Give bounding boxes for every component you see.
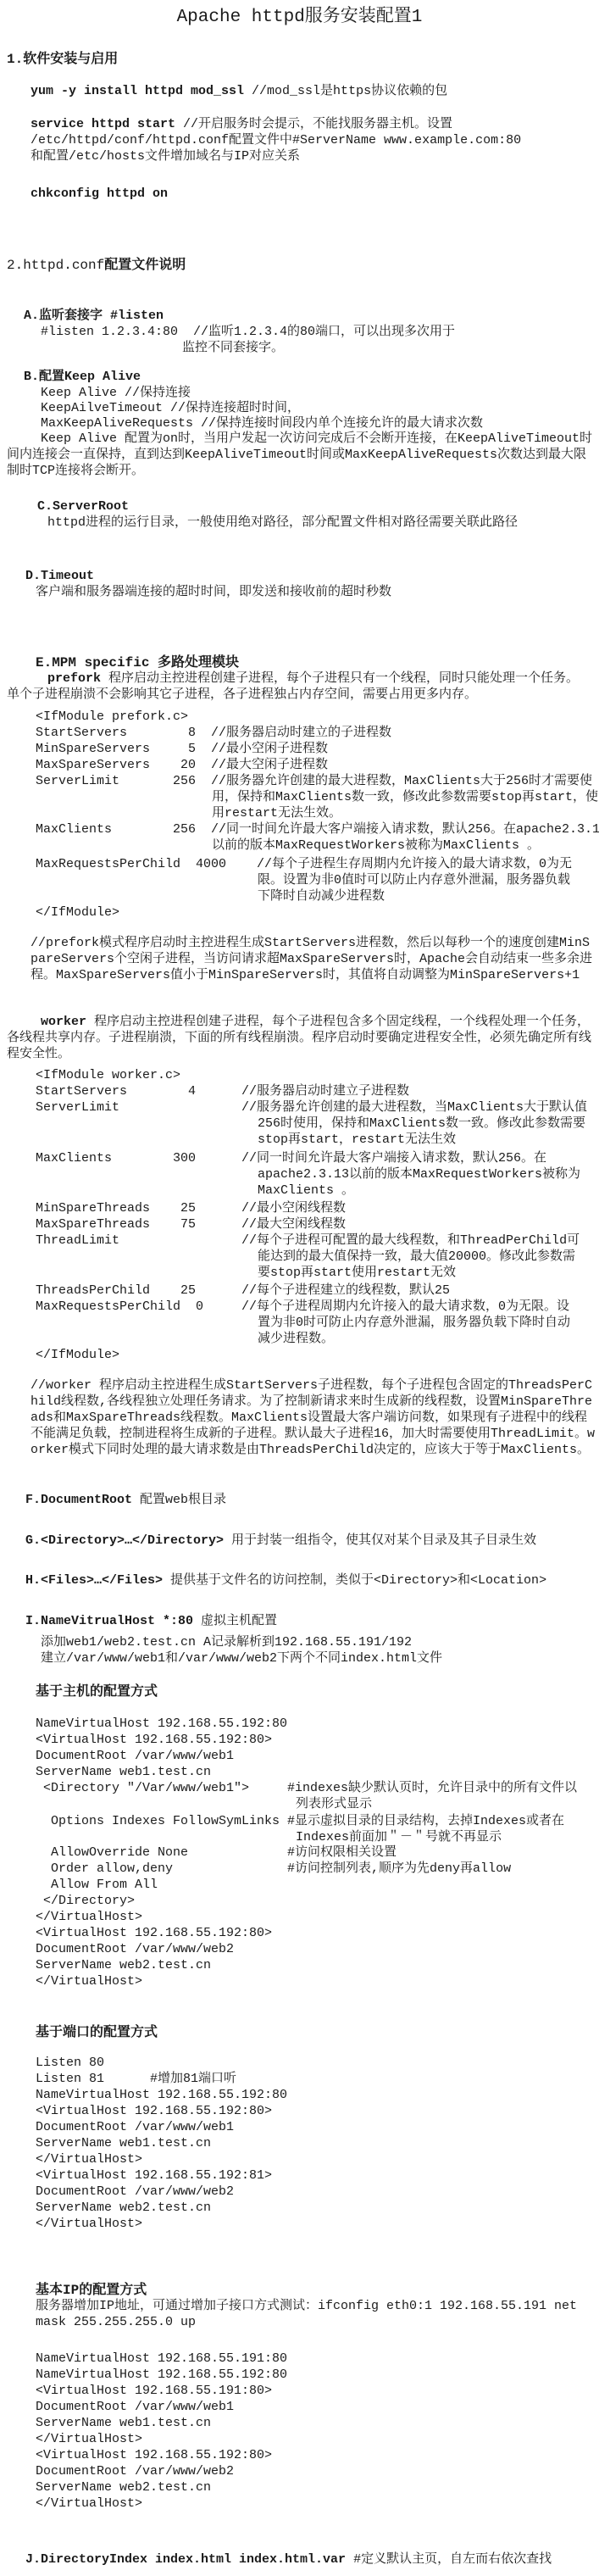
subsection-heading: J.DirectoryIndex index.html index.html.v… xyxy=(25,2551,552,2568)
code-line: 置为非0时可防止内存意外泄漏，服务器负载下降时自动 xyxy=(258,1315,570,1331)
code-line: <VirtualHost 192.168.55.192:80> xyxy=(36,2103,272,2119)
code-line: NameVirtualHost 192.168.55.192:80 xyxy=(36,2087,287,2103)
code-line: 监控不同套接字。 xyxy=(182,340,284,356)
subsection-heading: G.<Directory>…</Directory> 用于封装一组指令，使其仅对… xyxy=(25,1533,536,1549)
code-line: 用，保持和MaxClients数一致，修改此参数需要stop再start，使 xyxy=(212,789,598,805)
code-line: DocumentRoot /var/www/web2 xyxy=(36,2184,234,2200)
code-line: StartServers 4 //服务器启动时建立子进程数 xyxy=(36,1083,409,1099)
code-line: <VirtualHost 192.168.55.192:80> xyxy=(36,1732,272,1748)
doc-title: Apache httpd服务安装配置1 xyxy=(0,5,599,31)
code-line: 添加web1/web2.test.cn A记录解析到192.168.55.191… xyxy=(41,1634,412,1650)
code-line: Indexes前面加＂－＂号就不再显示 xyxy=(296,1829,502,1845)
document-page: Apache httpd服务安装配置1 1.软件安装与启用yum -y inst… xyxy=(0,0,599,2576)
code-line: <Directory "/Var/www/web1"> #indexes缺少默认… xyxy=(36,1780,577,1796)
code-line: 列表形式显示 xyxy=(296,1796,372,1812)
subsection-heading: B.配置Keep Alive xyxy=(24,369,141,385)
code-line: </VirtualHost> xyxy=(36,2151,142,2167)
code-line: Listen 81 #增加81端口听 xyxy=(36,2071,236,2087)
code-line: 减少进程数。 xyxy=(258,1331,334,1347)
paragraph: worker 程序启动主控进程创建子进程，每个子进程包含多个固定线程，一个线程处… xyxy=(7,1014,595,1062)
section-heading: 2.httpd.conf配置文件说明 xyxy=(7,257,186,274)
code-line: ThreadLimit //每个子进程可配置的最大线程数，和ThreadPerC… xyxy=(36,1232,580,1249)
code-line: KeepAilveTimeout //保持连接超时时间， xyxy=(41,400,300,416)
paragraph: //worker 程序启动主控进程生成StartServers子进程数，每个子进… xyxy=(31,1377,596,1458)
subsection-heading: A.监听套接字 #listen xyxy=(24,308,164,324)
paragraph: 服务器增加IP地址，可通过增加子接口方式测试：ifconfig eth0:1 1… xyxy=(36,2298,578,2330)
code-line: DocumentRoot /var/www/web1 xyxy=(36,1748,234,1764)
code-line: 以前的版本MaxRequestWorkers被称为MaxClients 。 xyxy=(212,837,540,854)
code-line: Listen 80 xyxy=(36,2055,104,2071)
code-line: <VirtualHost 192.168.55.191:80> xyxy=(36,2383,272,2399)
section-heading: 基于端口的配置方式 xyxy=(36,2024,158,2041)
code-line: <VirtualHost 192.168.55.192:80> xyxy=(36,1925,272,1941)
code-line: AllowOverride None #访问权限相关设置 xyxy=(36,1844,397,1861)
section-heading: 基本IP的配置方式 xyxy=(36,2282,147,2299)
subsection-heading: I.NameVitrualHost *:80 虚拟主机配置 xyxy=(25,1613,277,1629)
code-line: MinSpareServers 5 //最小空闲子进程数 xyxy=(36,741,328,757)
code-line: </VirtualHost> xyxy=(36,2216,142,2232)
code-line: apache2.3.13以前的版本MaxRequestWorkers被称为 xyxy=(258,1166,580,1182)
code-line: /etc/httpd/conf/httpd.conf配置文件中#ServerNa… xyxy=(31,132,521,148)
code-line: ThreadsPerChild 25 //每个子进程建立的线程数，默认25 xyxy=(36,1282,450,1299)
code-line: <VirtualHost 192.168.55.192:81> xyxy=(36,2167,272,2184)
code-line: <IfModule prefork.c> xyxy=(36,709,188,725)
code-line: 限。设置为非0值时可以防止内存意外泄漏，服务器负载 xyxy=(258,872,570,888)
code-line: StartServers 8 //服务器启动时建立的子进程数 xyxy=(36,725,391,741)
code-line: ServerLimit 256 //服务器允许创建的最大进程数，MaxClien… xyxy=(36,773,592,789)
code-line: ServerName web2.test.cn xyxy=(36,2479,211,2495)
code-line: </Directory> xyxy=(36,1893,135,1909)
code-line: ServerName web2.test.cn xyxy=(36,2200,211,2216)
code-line: 256时使用，保持和MaxClients数一致。修改此参数需要 xyxy=(258,1116,585,1132)
code-line: stop再start，restart无法生效 xyxy=(258,1132,456,1148)
code-line: DocumentRoot /var/www/web1 xyxy=(36,2119,234,2135)
code-line: 建立/var/www/web1和/var/www/web2下两个不同index.… xyxy=(41,1650,442,1666)
section-heading: 基于主机的配置方式 xyxy=(36,1683,158,1700)
code-line: 要stop再start使用restart无效 xyxy=(258,1265,456,1281)
subsection-heading: H.<Files>…</Files> 提供基于文件名的访问控制，类似于<Dire… xyxy=(25,1572,546,1588)
code-line: NameVirtualHost 192.168.55.191:80 xyxy=(36,2351,287,2367)
code-line: MaxRequestsPerChild 0 //每个子进程周期内允许接入的最大请… xyxy=(36,1299,569,1315)
code-line: ServerName web1.test.cn xyxy=(36,2135,211,2151)
code-line: Order allow,deny #访问控制列表,顺序为先deny再allow xyxy=(36,1861,511,1877)
code-line: MinSpareThreads 25 //最小空闲线程数 xyxy=(36,1200,346,1216)
code-line: ServerName web1.test.cn xyxy=(36,2415,211,2431)
code-line: #listen 1.2.3.4:80 //监听1.2.3.4的80端口，可以出现… xyxy=(41,324,455,340)
code-line: DocumentRoot /var/www/web2 xyxy=(36,1941,234,1957)
code-line: </IfModule> xyxy=(36,904,119,921)
code-line: <VirtualHost 192.168.55.192:80> xyxy=(36,2447,272,2463)
code-line: Keep Alive //保持连接 xyxy=(41,385,191,401)
code-line: ServerName web2.test.cn xyxy=(36,1957,211,1973)
code-line: DocumentRoot /var/www/web2 xyxy=(36,2463,234,2479)
code-line: MaxSpareThreads 75 //最大空闲线程数 xyxy=(36,1216,346,1232)
code-line: NameVirtualHost 192.168.55.192:80 xyxy=(36,2367,287,2383)
code-line: 用restart无法生效。 xyxy=(212,805,341,821)
code-line: Allow From All xyxy=(36,1877,158,1893)
code-line: Options Indexes FollowSymLinks #显示虚拟目录的目… xyxy=(36,1813,564,1829)
section-heading: 1.软件安装与启用 xyxy=(7,51,118,68)
code-line: 下降时自动减少进程数 xyxy=(258,888,385,904)
code-line: MaxClients 300 //同一时间允许最大客户端接入请求数，默认256。… xyxy=(36,1150,546,1166)
paragraph: Keep Alive 配置为on时，当用户发起一次访问完成后不会断开连接，在Ke… xyxy=(7,431,593,479)
code-line: </IfModule> xyxy=(36,1347,119,1363)
paragraph: 客户端和服务器端连接的超时时间，即发送和接收前的超时秒数 xyxy=(36,584,586,600)
subsection-heading: F.DocumentRoot 配置web根目录 xyxy=(25,1492,226,1508)
code-line: NameVirtualHost 192.168.55.192:80 xyxy=(36,1716,287,1732)
code-line: MaxClients 256 //同一时间允许最大客户端接入请求数，默认256。… xyxy=(36,821,599,837)
subsection-heading: C.ServerRoot xyxy=(37,498,129,515)
code-line: DocumentRoot /var/www/web1 xyxy=(36,2399,234,2415)
paragraph: prefork 程序启动主控进程创建子进程，每个子进程只有一个线程，同时只能处理… xyxy=(7,670,595,703)
code-line: yum -y install httpd mod_ssl //mod_ssl是h… xyxy=(31,83,447,99)
code-line: MaxSpareServers 20 //最大空闲子进程数 xyxy=(36,757,328,773)
code-line: chkconfig httpd on xyxy=(31,186,168,202)
code-line: MaxClients 。 xyxy=(258,1182,354,1199)
paragraph: //prefork模式程序启动时主控进程生成StartServers进程数，然后… xyxy=(31,935,594,983)
code-line: service httpd start //开启服务时会提示，不能找服务器主机。… xyxy=(31,116,452,132)
subsection-heading: D.Timeout xyxy=(25,568,94,584)
code-line: ServerName web1.test.cn xyxy=(36,1764,211,1780)
code-line: 和配置/etc/hosts文件增加域名与IP对应关系 xyxy=(31,148,300,164)
code-line: </VirtualHost> xyxy=(36,1909,142,1925)
code-line: ServerLimit //服务器允许创建的最大进程数，当MaxClients大… xyxy=(36,1099,587,1116)
code-line: MaxRequestsPerChild 4000 //每个子进程生存周期内允许接… xyxy=(36,856,572,872)
code-line: </VirtualHost> xyxy=(36,1973,142,1989)
code-line: <IfModule worker.c> xyxy=(36,1067,180,1083)
code-line: </VirtualHost> xyxy=(36,2431,142,2447)
code-line: </VirtualHost> xyxy=(36,2495,142,2512)
code-line: 能达到的最大值保持一致，最大值20000。修改此参数需 xyxy=(258,1249,575,1265)
paragraph: httpd进程的运行目录，一般使用绝对路径，部分配置文件相对路径需要关联此路径 xyxy=(47,515,594,531)
code-line: MaxKeepAliveRequests //保持连接时间段内单个连接允许的最大… xyxy=(41,415,483,431)
section-heading: E.MPM specific 多路处理模块 xyxy=(36,654,239,671)
